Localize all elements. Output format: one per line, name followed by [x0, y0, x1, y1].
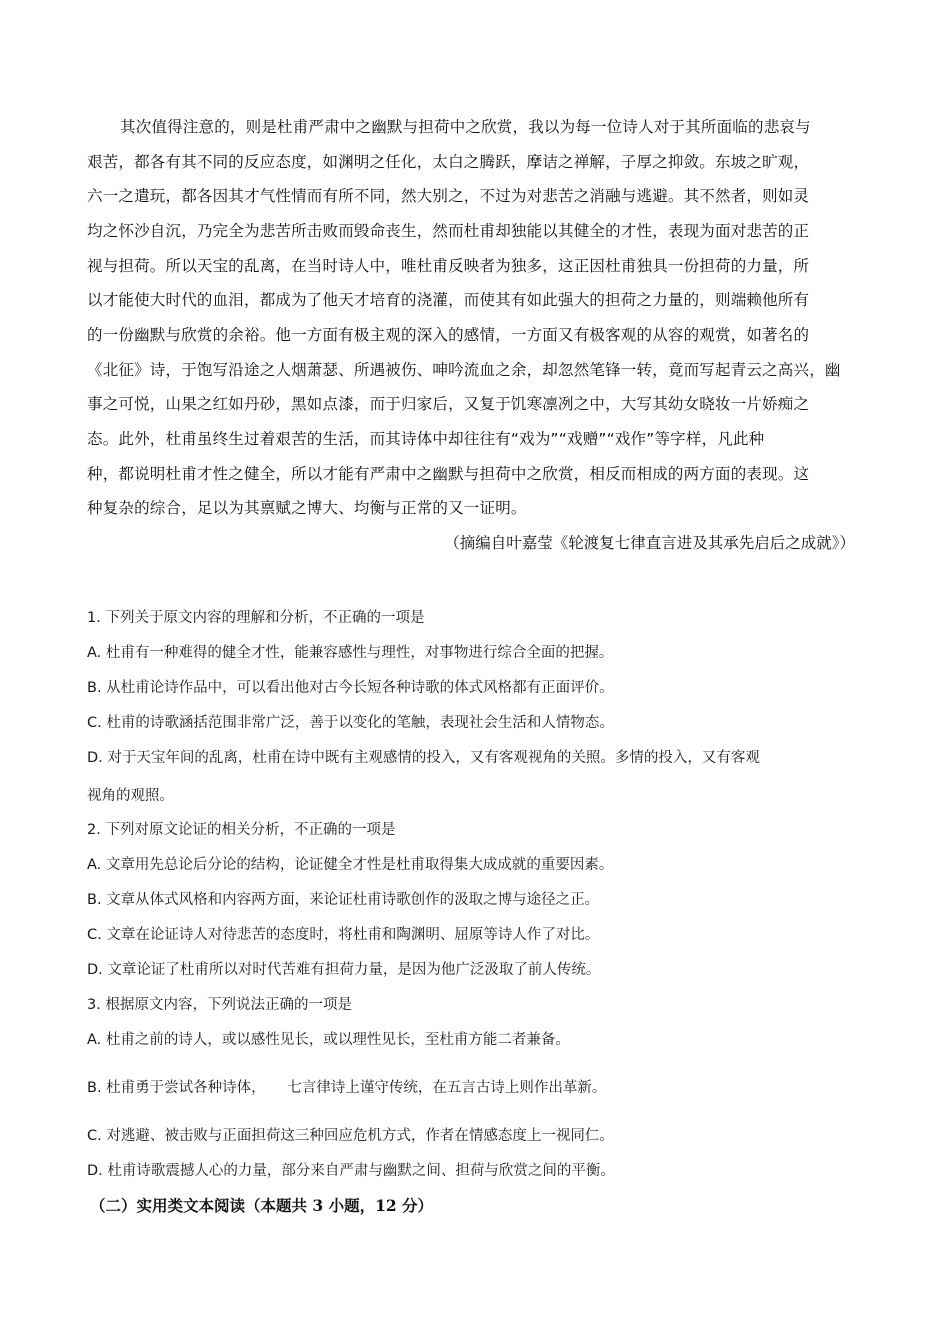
- option-label: D.: [87, 750, 103, 766]
- option-label: C.: [87, 715, 102, 731]
- exam-page: 其次值得注意的，则是杜甫严肃中之幽默与担荷中之欣赏，我以为每一位诗人对于其所面临…: [0, 0, 950, 1344]
- option-text: 文章从体式风格和内容两方面，来论证杜甫诗歌创作的汲取之博与途径之正。: [106, 892, 599, 908]
- question-number: 1.: [87, 610, 101, 626]
- question-text: 根据原文内容，下列说法正确的一项是: [105, 997, 352, 1013]
- option-d[interactable]: D. 文章论证了杜甫所以对时代苦难有担荷力量，是因为他广泛汲取了前人传统。: [87, 960, 600, 980]
- passage-line: 均之怀沙自沉，乃完全为悲苦所击败而毁命丧生，然而杜甫却独能以其健全的才性，表现为…: [87, 221, 862, 241]
- passage-line: 视与担荷。所以天宝的乱离，在当时诗人中，唯杜甫反映者为独多，这正因杜甫独具一份担…: [87, 256, 862, 276]
- option-a[interactable]: A. 杜甫之前的诗人，或以感性见长，或以理性见长，至杜甫方能二者兼备。: [87, 1030, 570, 1050]
- option-label: A.: [87, 1032, 101, 1048]
- question-number: 3.: [87, 997, 101, 1013]
- passage-line: 的一份幽默与欣赏的余裕。他一方面有极主观的深入的感情，一方面又有极客观的从容的观…: [87, 325, 862, 345]
- option-text: 杜甫之前的诗人，或以感性见长，或以理性见长，至杜甫方能二者兼备。: [106, 1032, 570, 1048]
- option-d[interactable]: D. 对于天宝年间的乱离，杜甫在诗中既有主观感情的投入，又有客观视角的关照。多情…: [87, 748, 760, 768]
- option-text: 杜甫有一种难得的健全才性，能兼容感性与理性，对事物进行综合全面的把握。: [106, 645, 614, 661]
- option-a[interactable]: A. 文章用先总论后分论的结构，论证健全才性是杜甫取得集大成成就的重要因素。: [87, 855, 613, 875]
- option-text: 文章在论证诗人对待悲苦的态度时，将杜甫和陶渊明、屈原等诗人作了对比。: [106, 927, 599, 943]
- section-heading: （二）实用类文本阅读（本题共 3 小题，12 分）: [90, 1196, 433, 1216]
- passage-line: 态。此外，杜甫虽终生过着艰苦的生活，而其诗体中却往往有“戏为”“戏赠”“戏作”等…: [87, 429, 862, 449]
- option-text: 对逃避、被击败与正面担荷这三种回应危机方式，作者在情感态度上一视同仁。: [106, 1128, 614, 1144]
- option-c[interactable]: C. 文章在论证诗人对待悲苦的态度时，将杜甫和陶渊明、屈原等诗人作了对比。: [87, 925, 599, 945]
- option-label: B.: [87, 1080, 102, 1096]
- passage-source: （摘编自叶嘉莹《轮渡复七律直言进及其承先启后之成就》）: [444, 533, 855, 553]
- option-a[interactable]: A. 杜甫有一种难得的健全才性，能兼容感性与理性，对事物进行综合全面的把握。: [87, 643, 613, 663]
- option-label: B.: [87, 680, 102, 696]
- passage-line: 事之可悦，山果之红如丹砂，黑如点漆，而于归家后，又复于饥寒凛冽之中，大写其幼女晓…: [87, 394, 862, 414]
- question-stem: 1. 下列关于原文内容的理解和分析，不正确的一项是: [87, 608, 424, 628]
- passage-line: 种，都说明杜甫才性之健全，所以才能有严肃中之幽默与担荷中之欣赏，相反而相成的两方…: [87, 464, 862, 484]
- option-c[interactable]: C. 对逃避、被击败与正面担荷这三种回应危机方式，作者在情感态度上一视同仁。: [87, 1126, 614, 1146]
- passage-line: 以才能使大时代的血泪，都成为了他天才培育的浇灌，而使其有如此强大的担荷之力量的，…: [87, 290, 862, 310]
- option-text: 杜甫勇于尝试各种诗体， 七言律诗上谨守传统，在五言古诗上则作出革新。: [106, 1080, 606, 1096]
- option-label: C.: [87, 1128, 102, 1144]
- option-text: 文章用先总论后分论的结构，论证健全才性是杜甫取得集大成成就的重要因素。: [106, 857, 614, 873]
- option-b[interactable]: B. 文章从体式风格和内容两方面，来论证杜甫诗歌创作的汲取之博与途径之正。: [87, 890, 599, 910]
- question-number: 2.: [87, 822, 101, 838]
- option-text: 杜甫诗歌震撼人心的力量，部分来自严肃与幽默之间、担荷与欣赏之间的平衡。: [107, 1163, 615, 1179]
- question-stem: 3. 根据原文内容，下列说法正确的一项是: [87, 995, 352, 1015]
- option-label: A.: [87, 645, 101, 661]
- passage-line: 六一之遣玩，都各因其才气性情而有所不同，然大别之，不过为对悲苦之消融与逃避。其不…: [87, 186, 862, 206]
- option-label: C.: [87, 927, 102, 943]
- option-text: 杜甫的诗歌涵括范围非常广泛，善于以变化的笔触，表现社会生活和人情物态。: [106, 715, 614, 731]
- option-label: D.: [87, 1163, 103, 1179]
- passage-line: 其次值得注意的，则是杜甫严肃中之幽默与担荷中之欣赏，我以为每一位诗人对于其所面临…: [120, 117, 895, 137]
- question-text: 下列关于原文内容的理解和分析，不正确的一项是: [105, 610, 424, 626]
- option-label: B.: [87, 892, 102, 908]
- option-label: D.: [87, 962, 103, 978]
- option-label: A.: [87, 857, 101, 873]
- option-text: 对于天宝年间的乱离，杜甫在诗中既有主观感情的投入，又有客观视角的关照。多情的投入…: [107, 750, 760, 766]
- option-text: 文章论证了杜甫所以对时代苦难有担荷力量，是因为他广泛汲取了前人传统。: [107, 962, 600, 978]
- passage-line: 种复杂的综合，足以为其禀赋之博大、均衡与正常的又一证明。: [87, 498, 862, 518]
- option-d[interactable]: D. 杜甫诗歌震撼人心的力量，部分来自严肃与幽默之间、担荷与欣赏之间的平衡。: [87, 1161, 615, 1181]
- passage-line: 艰苦，都各有其不同的反应态度，如渊明之任化，太白之腾跃，摩诘之禅解，子厚之抑敛。…: [87, 152, 862, 172]
- option-b[interactable]: B. 从杜甫论诗作品中，可以看出他对古今长短各种诗歌的体式风格都有正面评价。: [87, 678, 614, 698]
- option-text: 从杜甫论诗作品中，可以看出他对古今长短各种诗歌的体式风格都有正面评价。: [106, 680, 614, 696]
- passage-line: 《北征》诗，于饱写沿途之人烟萧瑟、所遇被伤、呻吟流血之余，却忽然笔锋一转，竟而写…: [87, 360, 862, 380]
- option-d-continuation: 视角的观照。: [87, 786, 174, 806]
- option-c[interactable]: C. 杜甫的诗歌涵括范围非常广泛，善于以变化的笔触，表现社会生活和人情物态。: [87, 713, 614, 733]
- option-b[interactable]: B. 杜甫勇于尝试各种诗体， 七言律诗上谨守传统，在五言古诗上则作出革新。: [87, 1078, 606, 1098]
- question-stem: 2. 下列对原文论证的相关分析，不正确的一项是: [87, 820, 395, 840]
- question-text: 下列对原文论证的相关分析，不正确的一项是: [105, 822, 395, 838]
